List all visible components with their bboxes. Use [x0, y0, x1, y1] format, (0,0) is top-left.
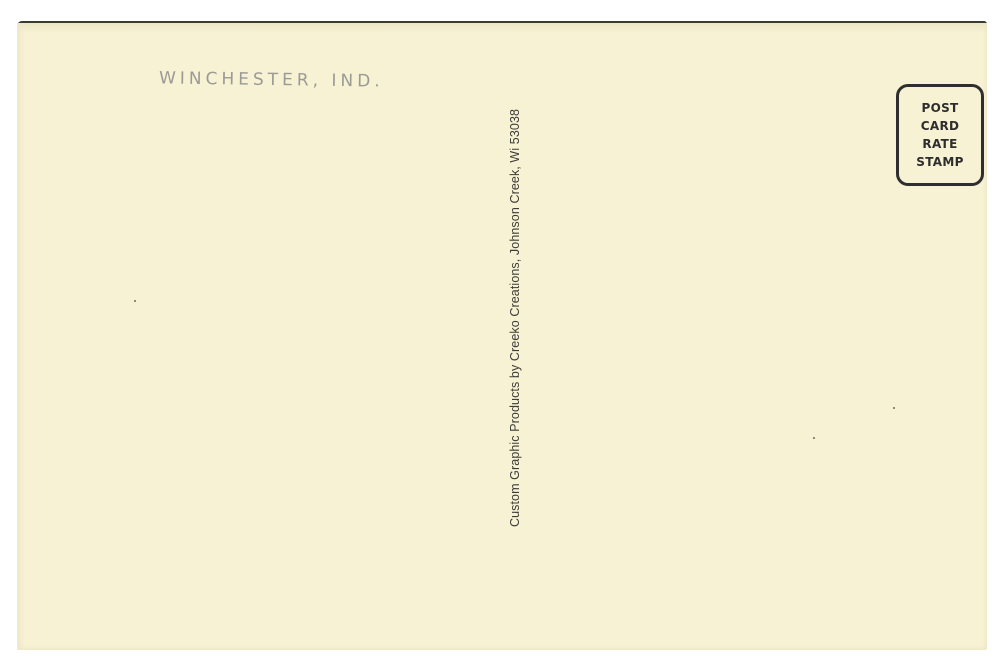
paper-speck: [893, 407, 895, 409]
stamp-placement-box: POST CARD RATE STAMP: [896, 84, 984, 186]
stamp-text-line: CARD: [921, 117, 960, 135]
postcard-back: WINCHESTER, IND. POST CARD RATE STAMP: [17, 21, 987, 650]
stamp-text-line: RATE: [922, 135, 957, 153]
paper-speck: [813, 437, 815, 439]
stamp-text-line: STAMP: [916, 153, 963, 171]
stamp-text-line: POST: [921, 99, 958, 117]
paper-speck: [134, 300, 136, 302]
handwritten-location-note: WINCHESTER, IND.: [159, 68, 384, 91]
publisher-credit-line: Custom Graphic Products by Creeko Creati…: [508, 109, 522, 527]
